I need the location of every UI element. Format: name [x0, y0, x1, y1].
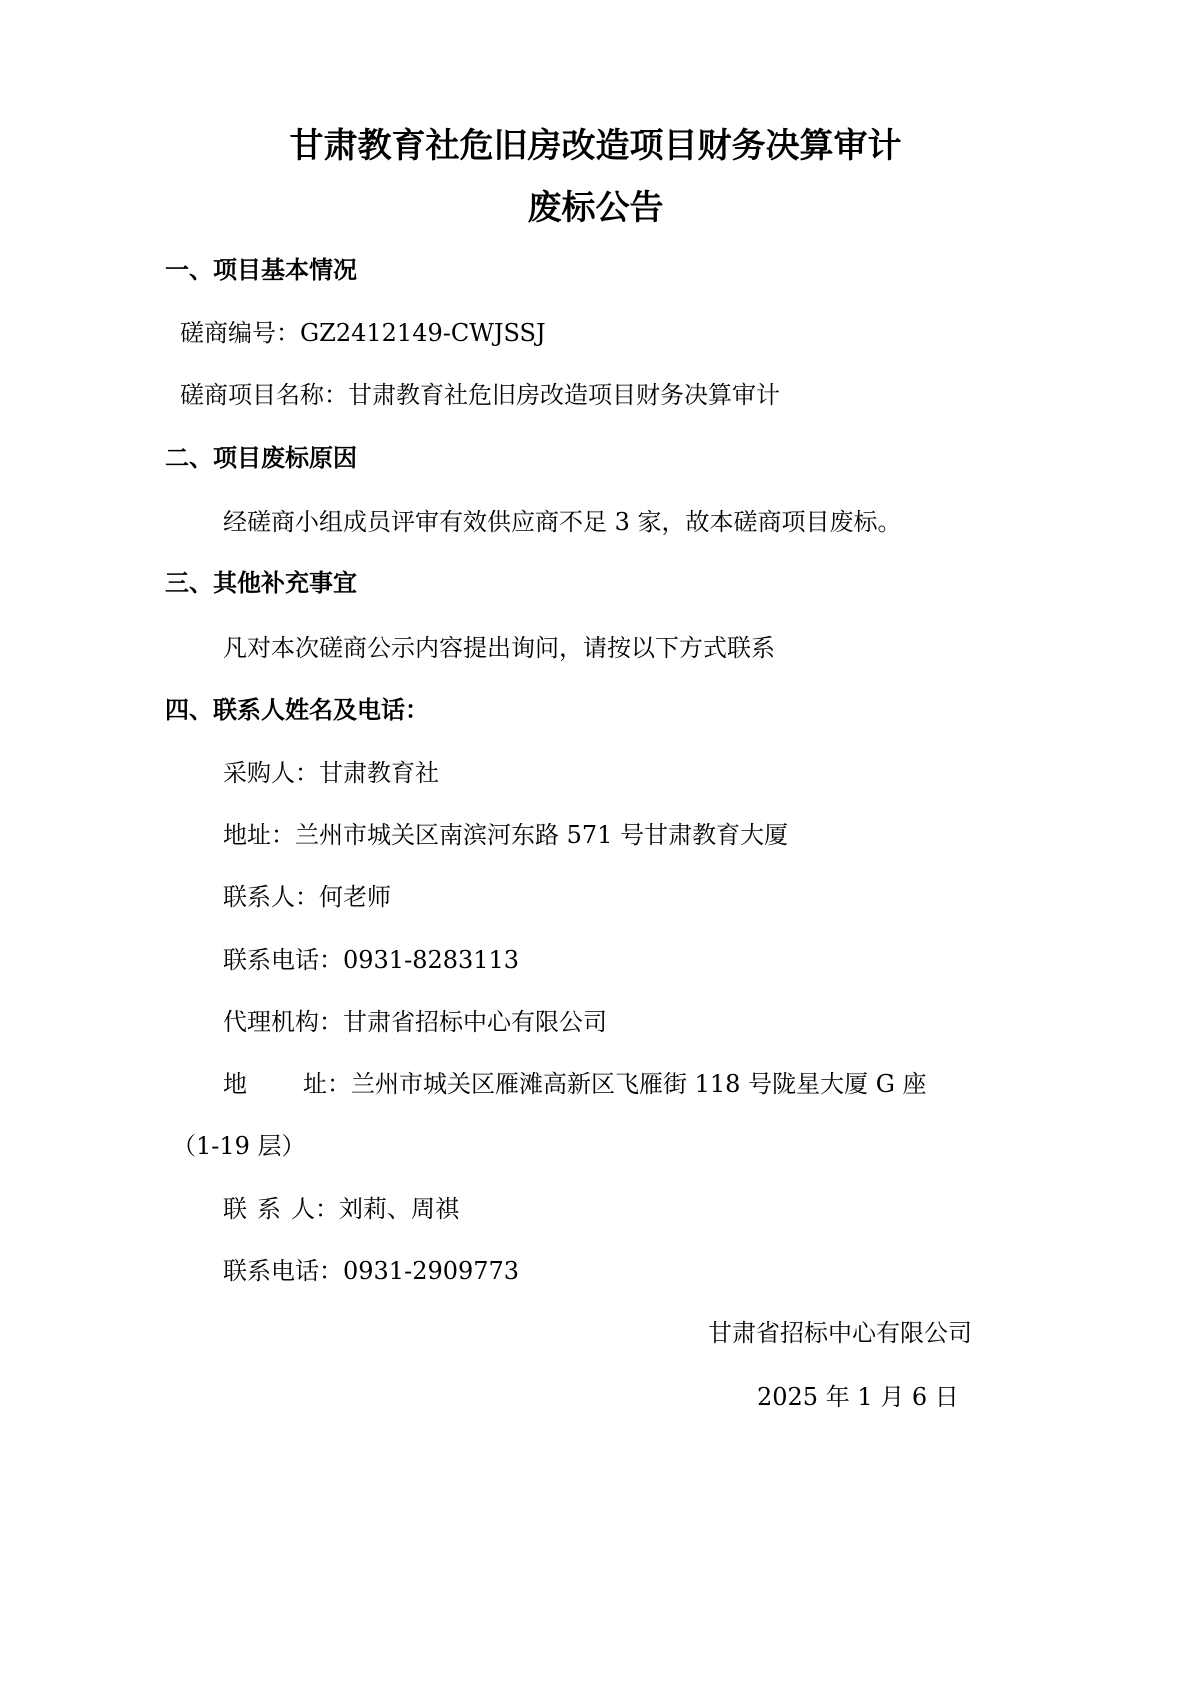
agency-contact-line: 联系人：刘莉、周祺	[223, 1189, 459, 1224]
document-page: 甘肃教育社危旧房改造项目财务决算审计 废标公告 一、项目基本情况 磋商编号：GZ…	[0, 0, 1191, 1684]
purchaser-name: 甘肃教育社	[319, 759, 439, 787]
purchaser-address: 兰州市城关区南滨河东路 571 号甘肃教育大厦	[295, 821, 788, 849]
section-heading-failure-reason: 二、项目废标原因	[165, 438, 357, 473]
agency-address-line: 地址：兰州市城关区雁滩高新区飞雁街 118 号陇星大厦 G 座	[223, 1064, 927, 1099]
project-number-line: 磋商编号：GZ2412149-CWJSSJ	[180, 313, 546, 348]
agency-address: 兰州市城关区雁滩高新区飞雁街 118 号陇星大厦 G 座	[351, 1070, 927, 1098]
agency-label: 代理机构：	[223, 1008, 343, 1036]
failure-reason-text: 经磋商小组成员评审有效供应商不足 3 家，故本磋商项目废标。	[223, 502, 902, 537]
purchaser-contact-line: 联系人：何老师	[223, 877, 391, 912]
agency-contact: 刘莉、周祺	[339, 1195, 459, 1223]
signature-organization: 甘肃省招标中心有限公司	[708, 1313, 972, 1348]
purchaser-line: 采购人：甘肃教育社	[223, 753, 439, 788]
purchaser-address-label: 地址：	[223, 821, 295, 849]
agency-contact-label-part1: 联	[223, 1195, 247, 1223]
document-subtitle: 废标公告	[0, 180, 1191, 229]
section-heading-contacts: 四、联系人姓名及电话：	[165, 690, 429, 725]
agency-line: 代理机构：甘肃省招标中心有限公司	[223, 1002, 607, 1037]
purchaser-phone-label: 联系电话：	[223, 946, 343, 974]
agency-phone-label: 联系电话：	[223, 1257, 343, 1285]
purchaser-label: 采购人：	[223, 759, 319, 787]
project-name-value: 甘肃教育社危旧房改造项目财务决算审计	[348, 381, 780, 409]
purchaser-contact: 何老师	[319, 883, 391, 911]
section-heading-basic-info: 一、项目基本情况	[165, 250, 357, 285]
agency-address-continuation: （1-19 层）	[172, 1126, 306, 1161]
purchaser-contact-label: 联系人：	[223, 883, 319, 911]
project-number-label: 磋商编号：	[180, 319, 300, 347]
agency-address-label-part2: 址：	[303, 1070, 351, 1098]
purchaser-address-line: 地址：兰州市城关区南滨河东路 571 号甘肃教育大厦	[223, 815, 788, 850]
agency-contact-label-part3: 人：	[291, 1195, 339, 1223]
document-title: 甘肃教育社危旧房改造项目财务决算审计	[0, 118, 1191, 167]
inquiry-text: 凡对本次磋商公示内容提出询问，请按以下方式联系	[223, 628, 775, 663]
signature-date: 2025 年 1 月 6 日	[757, 1377, 959, 1412]
project-name-label: 磋商项目名称：	[180, 381, 348, 409]
project-name-line: 磋商项目名称：甘肃教育社危旧房改造项目财务决算审计	[180, 375, 780, 410]
agency-address-label-part1: 地	[223, 1070, 247, 1098]
section-heading-other-matters: 三、其他补充事宜	[165, 563, 357, 598]
purchaser-phone: 0931-8283113	[343, 946, 519, 974]
agency-phone: 0931-2909773	[343, 1257, 519, 1285]
agency-phone-line: 联系电话：0931-2909773	[223, 1251, 519, 1286]
purchaser-phone-line: 联系电话：0931-8283113	[223, 940, 519, 975]
agency-contact-label-part2: 系	[257, 1195, 281, 1223]
project-number-value: GZ2412149-CWJSSJ	[300, 319, 546, 347]
agency-name: 甘肃省招标中心有限公司	[343, 1008, 607, 1036]
